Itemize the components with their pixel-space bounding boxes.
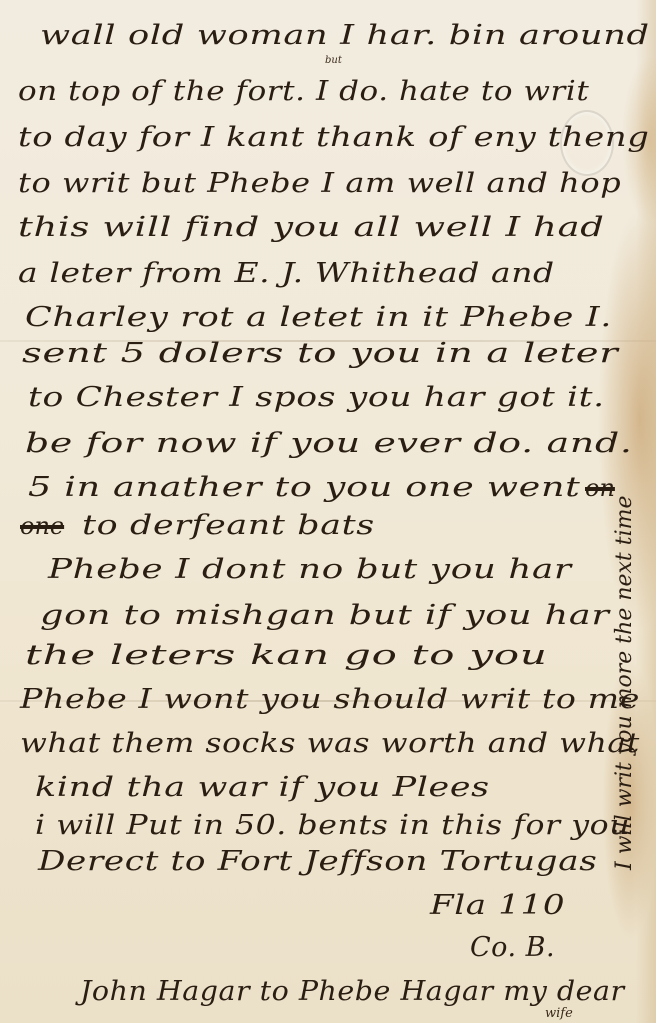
letter-line-4: to writ but Phebe I am well and hop	[18, 168, 621, 199]
signature-suffix: wife	[545, 1006, 573, 1021]
letter-line-6: a leter from E. J. Whithead and	[18, 258, 555, 289]
letter-line-18: kind tha war if you Plees	[35, 772, 490, 803]
letter-line-15: the leters kan go to you	[25, 640, 548, 671]
letter-line-5: this will find you all well I had	[18, 212, 605, 243]
letter-line-17: what them socks was worth and what	[20, 728, 640, 759]
letter-line-10: be for now if you ever do. and.	[25, 428, 633, 459]
letter-line-11: 5 in anather to you one went	[28, 472, 581, 503]
stained-edge	[636, 0, 656, 1023]
letter-line-9: to Chester I spos you har got it.	[28, 382, 605, 413]
letter-line-19: i will Put in 50. bents in this for you	[35, 810, 630, 841]
vertical-margin-note: I will writ you more the next time	[612, 495, 637, 870]
letter-line-8: sent 5 dolers to you in a leter	[22, 338, 618, 369]
letter-line-20: Derect to Fort Jeffson Tortugas	[38, 846, 597, 877]
letter-line-7: Charley rot a letet in it Phebe I.	[25, 302, 612, 333]
interlinear-insert: but	[325, 55, 342, 66]
letter-line-3: to day for I kant thank of eny theng	[18, 122, 649, 153]
letter-line-16: Phebe I wont you should writ to me	[20, 684, 640, 715]
letter-line-1: wall old woman I har. bin around	[40, 20, 650, 51]
strikethrough-word: one	[20, 512, 64, 540]
letter-line-12: to derfeant bats	[82, 510, 375, 541]
letter-line-2: on top of the fort. I do. hate to writ	[18, 76, 589, 107]
letter-line-21: Fla 110	[430, 890, 565, 921]
strikethrough-word: on	[585, 474, 615, 502]
letter-line-22: Co. B.	[470, 932, 555, 963]
letter-line-13: Phebe I dont no but you har	[48, 554, 572, 585]
letter-line-14: gon to mishgan but if you har	[40, 600, 610, 631]
signature-line: John Hagar to Phebe Hagar my dear	[80, 976, 625, 1007]
